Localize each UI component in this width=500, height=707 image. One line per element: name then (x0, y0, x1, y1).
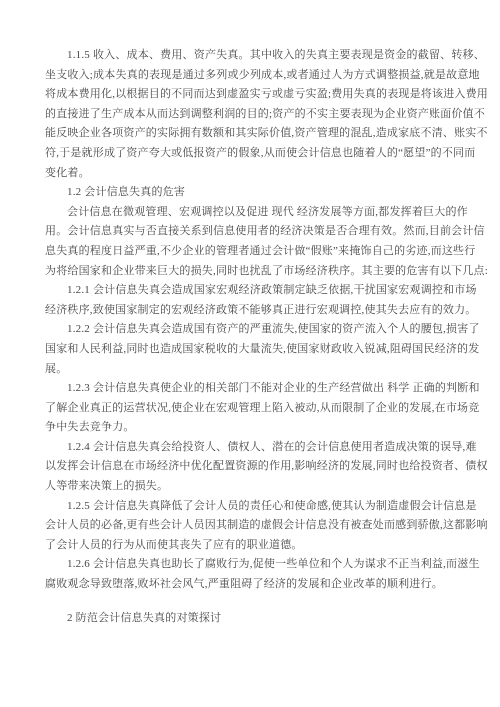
para-12-line: 息失真的程度日益严重,不少企业的管理者通过会计做“假账”来掩饰自己的劣迹,而这些… (45, 242, 493, 262)
para-12-line: 会计信息在微观管理、宏观调控以及促进 现代 经济发展等方面,都发挥着巨大的作 (45, 203, 493, 223)
para-115-line: 能反映企业各项资产的实际拥有数额和其实际价值,资产管理的混乱,造成家底不清、账实… (45, 124, 493, 144)
para-124-line: 1.2.4 会计信息失真会给投资人、债权人、潜在的会计信息使用者造成决策的误导,… (45, 438, 493, 458)
para-115-line: 符,于是就形成了资产夸大或低报资产的假象,从而使会计信息也随着人的“愿望”的不同… (45, 144, 493, 164)
para-121-line: 经济秩序,致使国家制定的宏观经济政策不能够真正进行宏观调控,使其失去应有的效力。 (45, 301, 493, 321)
para-115-line: 1.1.5 收入、成本、费用、资产失真。其中收入的失真主要表现是资金的截留、转移… (45, 46, 493, 66)
para-115-line: 变化着。 (45, 164, 493, 184)
para-123-line: 1.2.3 会计信息失真使企业的相关部门不能对企业的生产经营做出 科学 正确的判… (45, 379, 493, 399)
para-122-line: 展。 (45, 360, 493, 380)
para-115-line: 的直接进了生产成本从而达到调整利润的目的;资产的不实主要表现为企业资产账面价值不 (45, 105, 493, 125)
document-body: 1.1.5 收入、成本、费用、资产失真。其中收入的失真主要表现是资金的截留、转移… (45, 46, 493, 628)
para-126-line: 腐败观念导致堕落,败坏社会风气,严重阻碍了经济的发展和企业改革的顺利进行。 (45, 575, 493, 595)
para-125-line: 了会计人员的行为从而使其丧失了应有的职业道德。 (45, 536, 493, 556)
document-page: 1.1.5 收入、成本、费用、资产失真。其中收入的失真主要表现是资金的截留、转移… (0, 0, 500, 707)
para-123-line: 了解企业真正的运营状况,使企业在宏观管理上陷入被动,从而限制了企业的发展,在市场… (45, 399, 493, 419)
section-heading-2: 2 防范会计信息失真的对策探讨 (45, 609, 493, 629)
para-12-line: 用。会计信息真实与否直接关系到信息使用者的经济决策是否合理有效。然而,目前会计信 (45, 222, 493, 242)
para-125-line: 1.2.5 会计信息失真降低了会计人员的责任心和使命感,使其认为制造虚假会计信息… (45, 497, 493, 517)
para-124-line: 人等带来决策上的损失。 (45, 477, 493, 497)
para-122-line: 国家和人民利益,同时也造成国家税收的大量流失,使国家财政收入锐减,阻碍国民经济的… (45, 340, 493, 360)
para-121-line: 1.2.1 会计信息失真会造成国家宏观经济政策制定缺乏依据,干扰国家宏观调控和市… (45, 281, 493, 301)
para-122-line: 1.2.2 会计信息失真会造成国有资产的严重流失,使国家的资产流入个人的腰包,损… (45, 320, 493, 340)
section-heading-12: 1.2 会计信息失真的危害 (45, 183, 493, 203)
para-12-line: 为将给国家和企业带来巨大的损失,同时也扰乱了市场经济秩序。其主要的危害有以下几点… (45, 262, 493, 282)
para-126-line: 1.2.6 会计信息失真也助长了腐败行为,促使一些单位和个人为谋求不正当利益,而… (45, 555, 493, 575)
para-115-line: 坐支收入;成本失真的表现是通过多列或少列成本,或者通过人为方式调整损益,就是故意… (45, 66, 493, 86)
para-123-line: 争中失去竞争力。 (45, 418, 493, 438)
para-115-line: 将成本费用化,以根据目的不同而达到虚盈实亏或虚亏实盈;费用失真的表现是将该进入费… (45, 85, 493, 105)
para-125-line: 会计人员的必备,更有些会计人员因其制造的虚假会计信息没有被查处而感到骄傲,这都影… (45, 516, 493, 536)
para-124-line: 以发挥会计信息在市场经济中优化配置资源的作用,影响经济的发展,同时也给投资者、债… (45, 457, 493, 477)
